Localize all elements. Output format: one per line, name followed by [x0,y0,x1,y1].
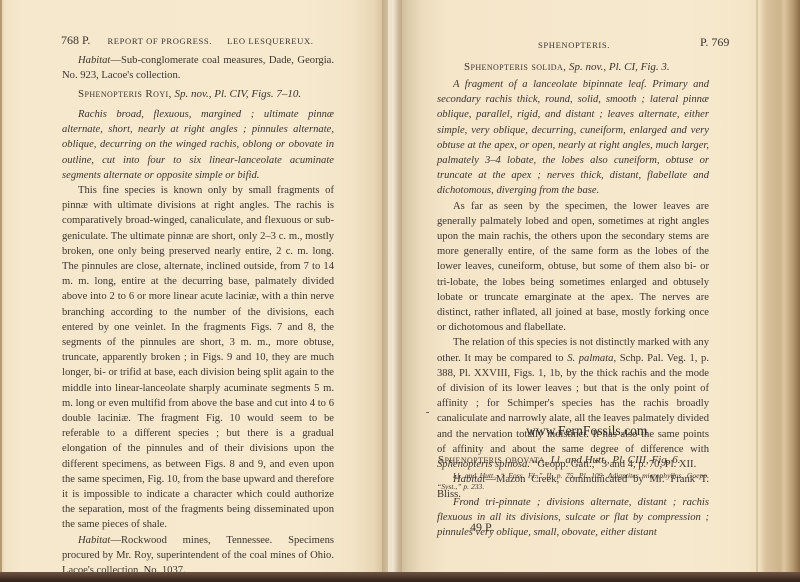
left-page-number: 768 P. [61,33,90,47]
species-reference: Sp. nov., Pl. CI, Fig. 3. [569,61,670,73]
author-name: Leo Lesquereux. [227,36,313,46]
book-cover-edge [0,572,800,582]
left-running-head: 768 P. Report of Progress. Leo Lesquereu… [61,33,314,48]
species-heading-obovata: Sphenopteris obovata, Ll. and Hutt., Pl.… [438,454,681,466]
right-running-head: Sphenopteris. [538,40,610,50]
species-name: Sphenopteris obovata, [438,454,548,466]
synonymy: Ll. and Hutt., “ Foss. Fl.,” II, p. 75, … [437,470,709,492]
margin-mark [426,412,429,413]
habitat-label: Habitat [78,55,110,66]
species-heading-solida: Sphenopteris solida, Sp. nov., Pl. CI, F… [464,61,670,73]
species-reference-palmata: S. palmata [567,353,613,364]
right-page: Sphenopteris. P. 769 Sphenopteris solida… [388,0,800,574]
habitat-intro: Habitat—Sub-conglomerate coal measures, … [62,53,334,83]
left-page: 768 P. Report of Progress. Leo Lesquereu… [0,0,390,574]
species-body-royi: Rachis broad, flexuous, margined ; ultim… [62,107,334,574]
diagnosis: A fragment of a lanceolate bipinnate lea… [437,77,709,199]
species-name: Sphenopteris Royi, [78,88,172,100]
species-heading-royi: Sphenopteris Royi, Sp. nov., Pl. CIV, Fi… [78,88,301,100]
report-title: Report of Progress. [107,36,212,46]
book-gutter [382,0,402,574]
watermark: www.FernFossils.com [526,423,647,439]
species-reference: Sp. nov., Pl. CIV, Figs. 7–10. [174,88,301,100]
species-reference: Ll. and Hutt., Pl. CIII, Fig. 6. [551,454,681,466]
species-name: Sphenopteris solida, [464,61,566,73]
right-page-number: P. 769 [700,35,729,50]
diagnosis: Rachis broad, flexuous, margined ; ultim… [62,107,334,183]
book-spread: 768 P. Report of Progress. Leo Lesquereu… [0,0,800,582]
description: This fine species is known only by small… [62,183,334,533]
habitat-label: Habitat [78,535,110,546]
description-paragraph-2: The relation of this species is not dist… [437,335,709,472]
description-paragraph-1: As far as seen by the specimen, the lowe… [437,199,709,336]
signature-mark: 49 P. [470,520,493,535]
